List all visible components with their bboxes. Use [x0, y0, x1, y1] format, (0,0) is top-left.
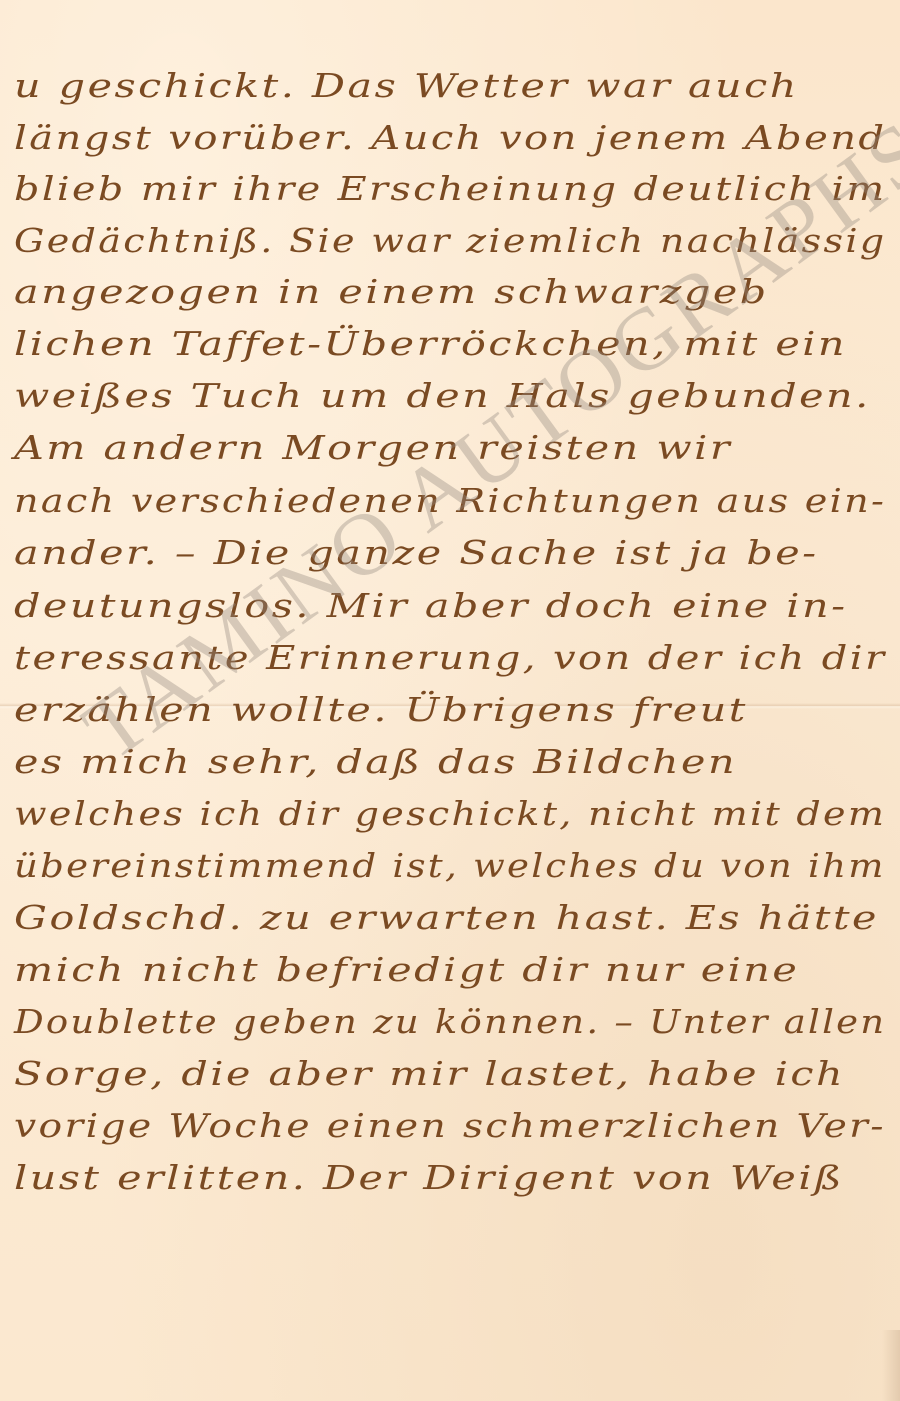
handwritten-line: weißes Tuch um den Hals gebunden.	[14, 376, 871, 415]
handwritten-line: welches ich dir geschickt, nicht mit dem	[14, 794, 886, 833]
handwritten-line: längst vorüber. Auch von jenem Abend	[14, 118, 886, 157]
handwritten-line: Goldschd. zu erwarten hast. Es hätte	[14, 898, 879, 937]
handwritten-line: deutungslos. Mir aber doch eine in-	[14, 586, 848, 625]
letter-page: u geschickt. Das Wetter war auch längst …	[0, 0, 900, 1401]
handwritten-line: übereinstimmend ist, welches du von ihm	[14, 846, 886, 885]
handwritten-line: u geschickt. Das Wetter war auch	[14, 66, 799, 105]
handwritten-line: lust erlitten. Der Dirigent von Weiß	[14, 1158, 844, 1197]
handwritten-line: Sorge, die aber mir lastet, habe ich	[14, 1054, 845, 1093]
handwritten-line: Doublette geben zu können. – Unter allen	[14, 1002, 886, 1041]
paper-edge-shadow	[882, 1330, 900, 1401]
handwritten-line: vorige Woche einen schmerzlichen Ver-	[14, 1106, 886, 1145]
handwritten-line: Am andern Morgen reisten wir	[14, 428, 732, 467]
handwritten-line: mich nicht befriedigt dir nur eine	[14, 950, 799, 989]
